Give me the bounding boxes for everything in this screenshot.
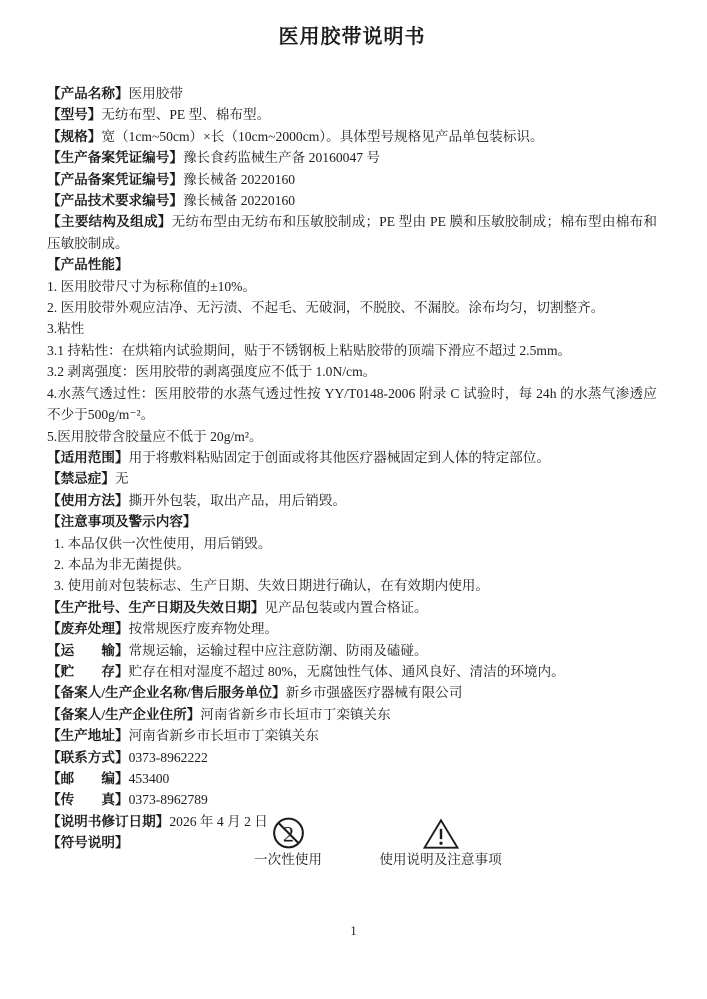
- doc-line: 【生产备案凭证编号】豫长食药监械生产备 20160047 号: [47, 147, 657, 168]
- field-label: 【贮 存】: [47, 664, 129, 679]
- doc-line: 【运 输】常规运输，运输过程中应注意防潮、防雨及磕碰。: [47, 640, 657, 661]
- field-label: 【邮 编】: [47, 771, 129, 786]
- field-value: 河南省新乡市长垣市丁栾镇关东: [129, 728, 319, 743]
- page-title: 医用胶带说明书: [47, 24, 657, 50]
- doc-line: 5.医用胶带含胶量应不低于 20g/m²。: [47, 426, 657, 447]
- field-label: 【产品性能】: [47, 257, 129, 272]
- field-value: 宽（1cm~50cm）×长（10cm~2000cm）。具体型号规格见产品单包装标…: [101, 129, 543, 144]
- instruction-leaflet-page: 医用胶带说明书 【产品名称】医用胶带【型号】无纺布型、PE 型、棉布型。【规格】…: [0, 0, 707, 999]
- doc-line: 【联系方式】0373-8962222: [47, 747, 657, 768]
- field-value: 撕开外包装，取出产品，用后销毁。: [129, 493, 347, 508]
- field-value: 豫长械备 20220160: [183, 172, 295, 187]
- field-value: 常规运输，运输过程中应注意防潮、防雨及磕碰。: [129, 643, 428, 658]
- field-label: 【说明书修订日期】: [47, 814, 169, 829]
- field-label: 【禁忌症】: [47, 471, 115, 486]
- field-label: 【型号】: [47, 107, 101, 122]
- page-number: 1: [0, 924, 707, 939]
- field-label: 【备案人/生产企业住所】: [47, 707, 200, 722]
- field-value: 贮存在相对湿度不超过 80%，无腐蚀性气体、通风良好、清洁的环境内。: [129, 664, 565, 679]
- field-label: 【传 真】: [47, 792, 129, 807]
- doc-line: 【注意事项及警示内容】: [47, 511, 657, 532]
- field-value: 1. 本品仅供一次性使用，用后销毁。: [54, 536, 272, 551]
- field-value: 无: [115, 471, 129, 486]
- single-use-symbol-label: 一次性使用: [254, 852, 322, 868]
- doc-line: 【产品性能】: [47, 254, 657, 275]
- doc-line: 【型号】无纺布型、PE 型、棉布型。: [47, 104, 657, 125]
- doc-line: 【禁忌症】无: [47, 468, 657, 489]
- field-value: 4.水蒸气透过性：医用胶带的水蒸气透过性按 YY/T0148-2006 附录 C…: [47, 386, 657, 422]
- field-label: 【产品名称】: [47, 86, 129, 101]
- doc-line: 4.水蒸气透过性：医用胶带的水蒸气透过性按 YY/T0148-2006 附录 C…: [47, 383, 657, 426]
- field-value: 3.粘性: [47, 321, 84, 336]
- caution-icon: [422, 818, 460, 850]
- field-value: 453400: [129, 771, 170, 786]
- field-value: 2. 本品为非无菌提供。: [54, 557, 190, 572]
- doc-line: 【生产地址】河南省新乡市长垣市丁栾镇关东: [47, 725, 657, 746]
- doc-line: 【废弃处理】按常规医疗废弃物处理。: [47, 618, 657, 639]
- doc-line: 3.粘性: [47, 318, 657, 339]
- doc-line: 【产品备案凭证编号】豫长械备 20220160: [47, 169, 657, 190]
- field-label: 【适用范围】: [47, 450, 129, 465]
- field-value: 豫长食药监械生产备 20160047 号: [183, 150, 380, 165]
- field-value: 新乡市强盛医疗器械有限公司: [286, 685, 463, 700]
- single-use-symbol-figure: 2 一次性使用: [242, 816, 334, 868]
- field-value: 见产品包装或内置合格证。: [265, 600, 428, 615]
- field-label: 【运 输】: [47, 643, 129, 658]
- field-label: 【产品技术要求编号】: [47, 193, 183, 208]
- doc-line: 【邮 编】453400: [47, 768, 657, 789]
- field-label: 【符号说明】: [47, 835, 129, 850]
- doc-line: 1. 本品仅供一次性使用，用后销毁。: [47, 533, 657, 554]
- field-label: 【使用方法】: [47, 493, 129, 508]
- field-value: 2. 医用胶带外观应洁净、无污渍、不起毛、无破洞，不脱胶、不漏胶。涂布均匀，切割…: [47, 300, 604, 315]
- doc-line: 1. 医用胶带尺寸为标称值的±10%。: [47, 276, 657, 297]
- field-value: 3. 使用前对包装标志、生产日期、失效日期进行确认，在有效期内使用。: [54, 578, 489, 593]
- document-body: 【产品名称】医用胶带【型号】无纺布型、PE 型、棉布型。【规格】宽（1cm~50…: [47, 83, 657, 854]
- doc-line: 【适用范围】用于将敷料粘贴固定于创面或将其他医疗器械固定到人体的特定部位。: [47, 447, 657, 468]
- doc-line: 【产品名称】医用胶带: [47, 83, 657, 104]
- field-label: 【备案人/生产企业名称/售后服务单位】: [47, 685, 286, 700]
- field-value: 豫长械备 20220160: [183, 193, 295, 208]
- field-label: 【规格】: [47, 129, 101, 144]
- field-label: 【生产备案凭证编号】: [47, 150, 183, 165]
- doc-line: 【生产批号、生产日期及失效日期】见产品包装或内置合格证。: [47, 597, 657, 618]
- field-label: 【联系方式】: [47, 750, 129, 765]
- caution-symbol-figure: 使用说明及注意事项: [368, 818, 513, 868]
- field-label: 【生产批号、生产日期及失效日期】: [47, 600, 265, 615]
- field-value: 5.医用胶带含胶量应不低于 20g/m²。: [47, 429, 263, 444]
- doc-line: 【说明书修订日期】2026 年 4 月 2 日: [47, 811, 657, 832]
- doc-line: 3.2 剥离强度：医用胶带的剥离强度应不低于 1.0N/cm。: [47, 361, 657, 382]
- doc-line: 【贮 存】贮存在相对湿度不超过 80%，无腐蚀性气体、通风良好、清洁的环境内。: [47, 661, 657, 682]
- doc-line: 【规格】宽（1cm~50cm）×长（10cm~2000cm）。具体型号规格见产品…: [47, 126, 657, 147]
- doc-line: 【使用方法】撕开外包装，取出产品，用后销毁。: [47, 490, 657, 511]
- field-value: 用于将敷料粘贴固定于创面或将其他医疗器械固定到人体的特定部位。: [129, 450, 550, 465]
- doc-line: 【备案人/生产企业名称/售后服务单位】新乡市强盛医疗器械有限公司: [47, 682, 657, 703]
- doc-line: 【符号说明】: [47, 832, 657, 853]
- doc-line: 2. 本品为非无菌提供。: [47, 554, 657, 575]
- field-value: 3.1 持粘性：在烘箱内试验期间，贴于不锈钢板上粘贴胶带的顶端下滑应不超过 2.…: [47, 343, 571, 358]
- doc-line: 2. 医用胶带外观应洁净、无污渍、不起毛、无破洞，不脱胶、不漏胶。涂布均匀，切割…: [47, 297, 657, 318]
- doc-line: 【传 真】0373-8962789: [47, 789, 657, 810]
- field-label: 【主要结构及组成】: [47, 214, 172, 229]
- caution-symbol-label: 使用说明及注意事项: [379, 852, 501, 868]
- doc-line: 【产品技术要求编号】豫长械备 20220160: [47, 190, 657, 211]
- field-label: 【产品备案凭证编号】: [47, 172, 183, 187]
- doc-line: 3.1 持粘性：在烘箱内试验期间，贴于不锈钢板上粘贴胶带的顶端下滑应不超过 2.…: [47, 340, 657, 361]
- field-label: 【生产地址】: [47, 728, 129, 743]
- field-value: 无纺布型、PE 型、棉布型。: [101, 107, 270, 122]
- doc-line: 【主要结构及组成】无纺布型由无纺布和压敏胶制成；PE 型由 PE 膜和压敏胶制成…: [47, 211, 657, 254]
- field-value: 河南省新乡市长垣市丁栾镇关东: [200, 707, 390, 722]
- field-value: 0373-8962222: [129, 750, 208, 765]
- field-value: 0373-8962789: [129, 792, 208, 807]
- field-label: 【注意事项及警示内容】: [47, 514, 197, 529]
- field-value: 医用胶带: [129, 86, 183, 101]
- doc-line: 【备案人/生产企业住所】河南省新乡市长垣市丁栾镇关东: [47, 704, 657, 725]
- doc-line: 3. 使用前对包装标志、生产日期、失效日期进行确认，在有效期内使用。: [47, 575, 657, 596]
- field-value: 3.2 剥离强度：医用胶带的剥离强度应不低于 1.0N/cm。: [47, 364, 376, 379]
- field-label: 【废弃处理】: [47, 621, 129, 636]
- single-use-icon: 2: [272, 816, 305, 850]
- field-value: 按常规医疗废弃物处理。: [129, 621, 279, 636]
- field-value: 1. 医用胶带尺寸为标称值的±10%。: [47, 279, 256, 294]
